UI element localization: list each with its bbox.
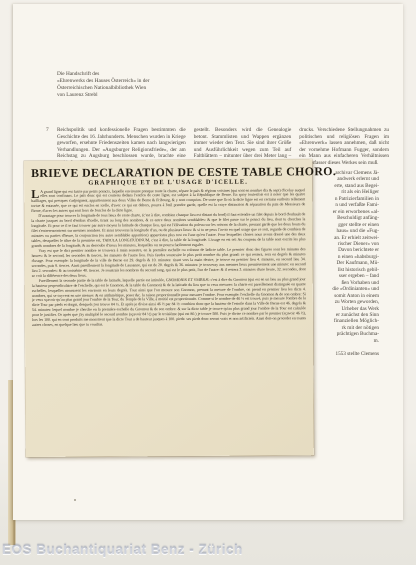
sheet-paragraph-2: D'avantage pour trouver la longitude de …	[31, 213, 305, 249]
sheet-title: BRIEVE DECLARATION DE CESTE TABLE CHORO.	[31, 165, 305, 179]
photo-backdrop: Die Handschrift des «Ehrenwerks des Haus…	[0, 0, 416, 565]
antiquariat-watermark: EOS Buchantiquariat Benz - Zürich	[2, 542, 243, 557]
facsimile-sheet: BRIEVE DECLARATION DE CESTE TABLE CHORO.…	[24, 159, 314, 457]
paper-speck	[74, 499, 76, 501]
sheet-paragraph-3: Vray est que le dict premier nombre se t…	[32, 247, 306, 278]
text-column-3: drucks. Verschiedene Stellungnahmen zu p…	[299, 127, 389, 167]
page-number: 7	[46, 127, 49, 133]
sheet-paragraph-1: LA grand ligne qui est faicte par petits…	[31, 188, 305, 214]
page-header: Die Handschrift des «Ehrenwerks des Haus…	[57, 71, 207, 99]
sheet-body: LA grand ligne qui est faicte par petits…	[31, 188, 307, 442]
sheet-paragraph-4: Pareillement la seconde partie de la tab…	[32, 277, 306, 328]
